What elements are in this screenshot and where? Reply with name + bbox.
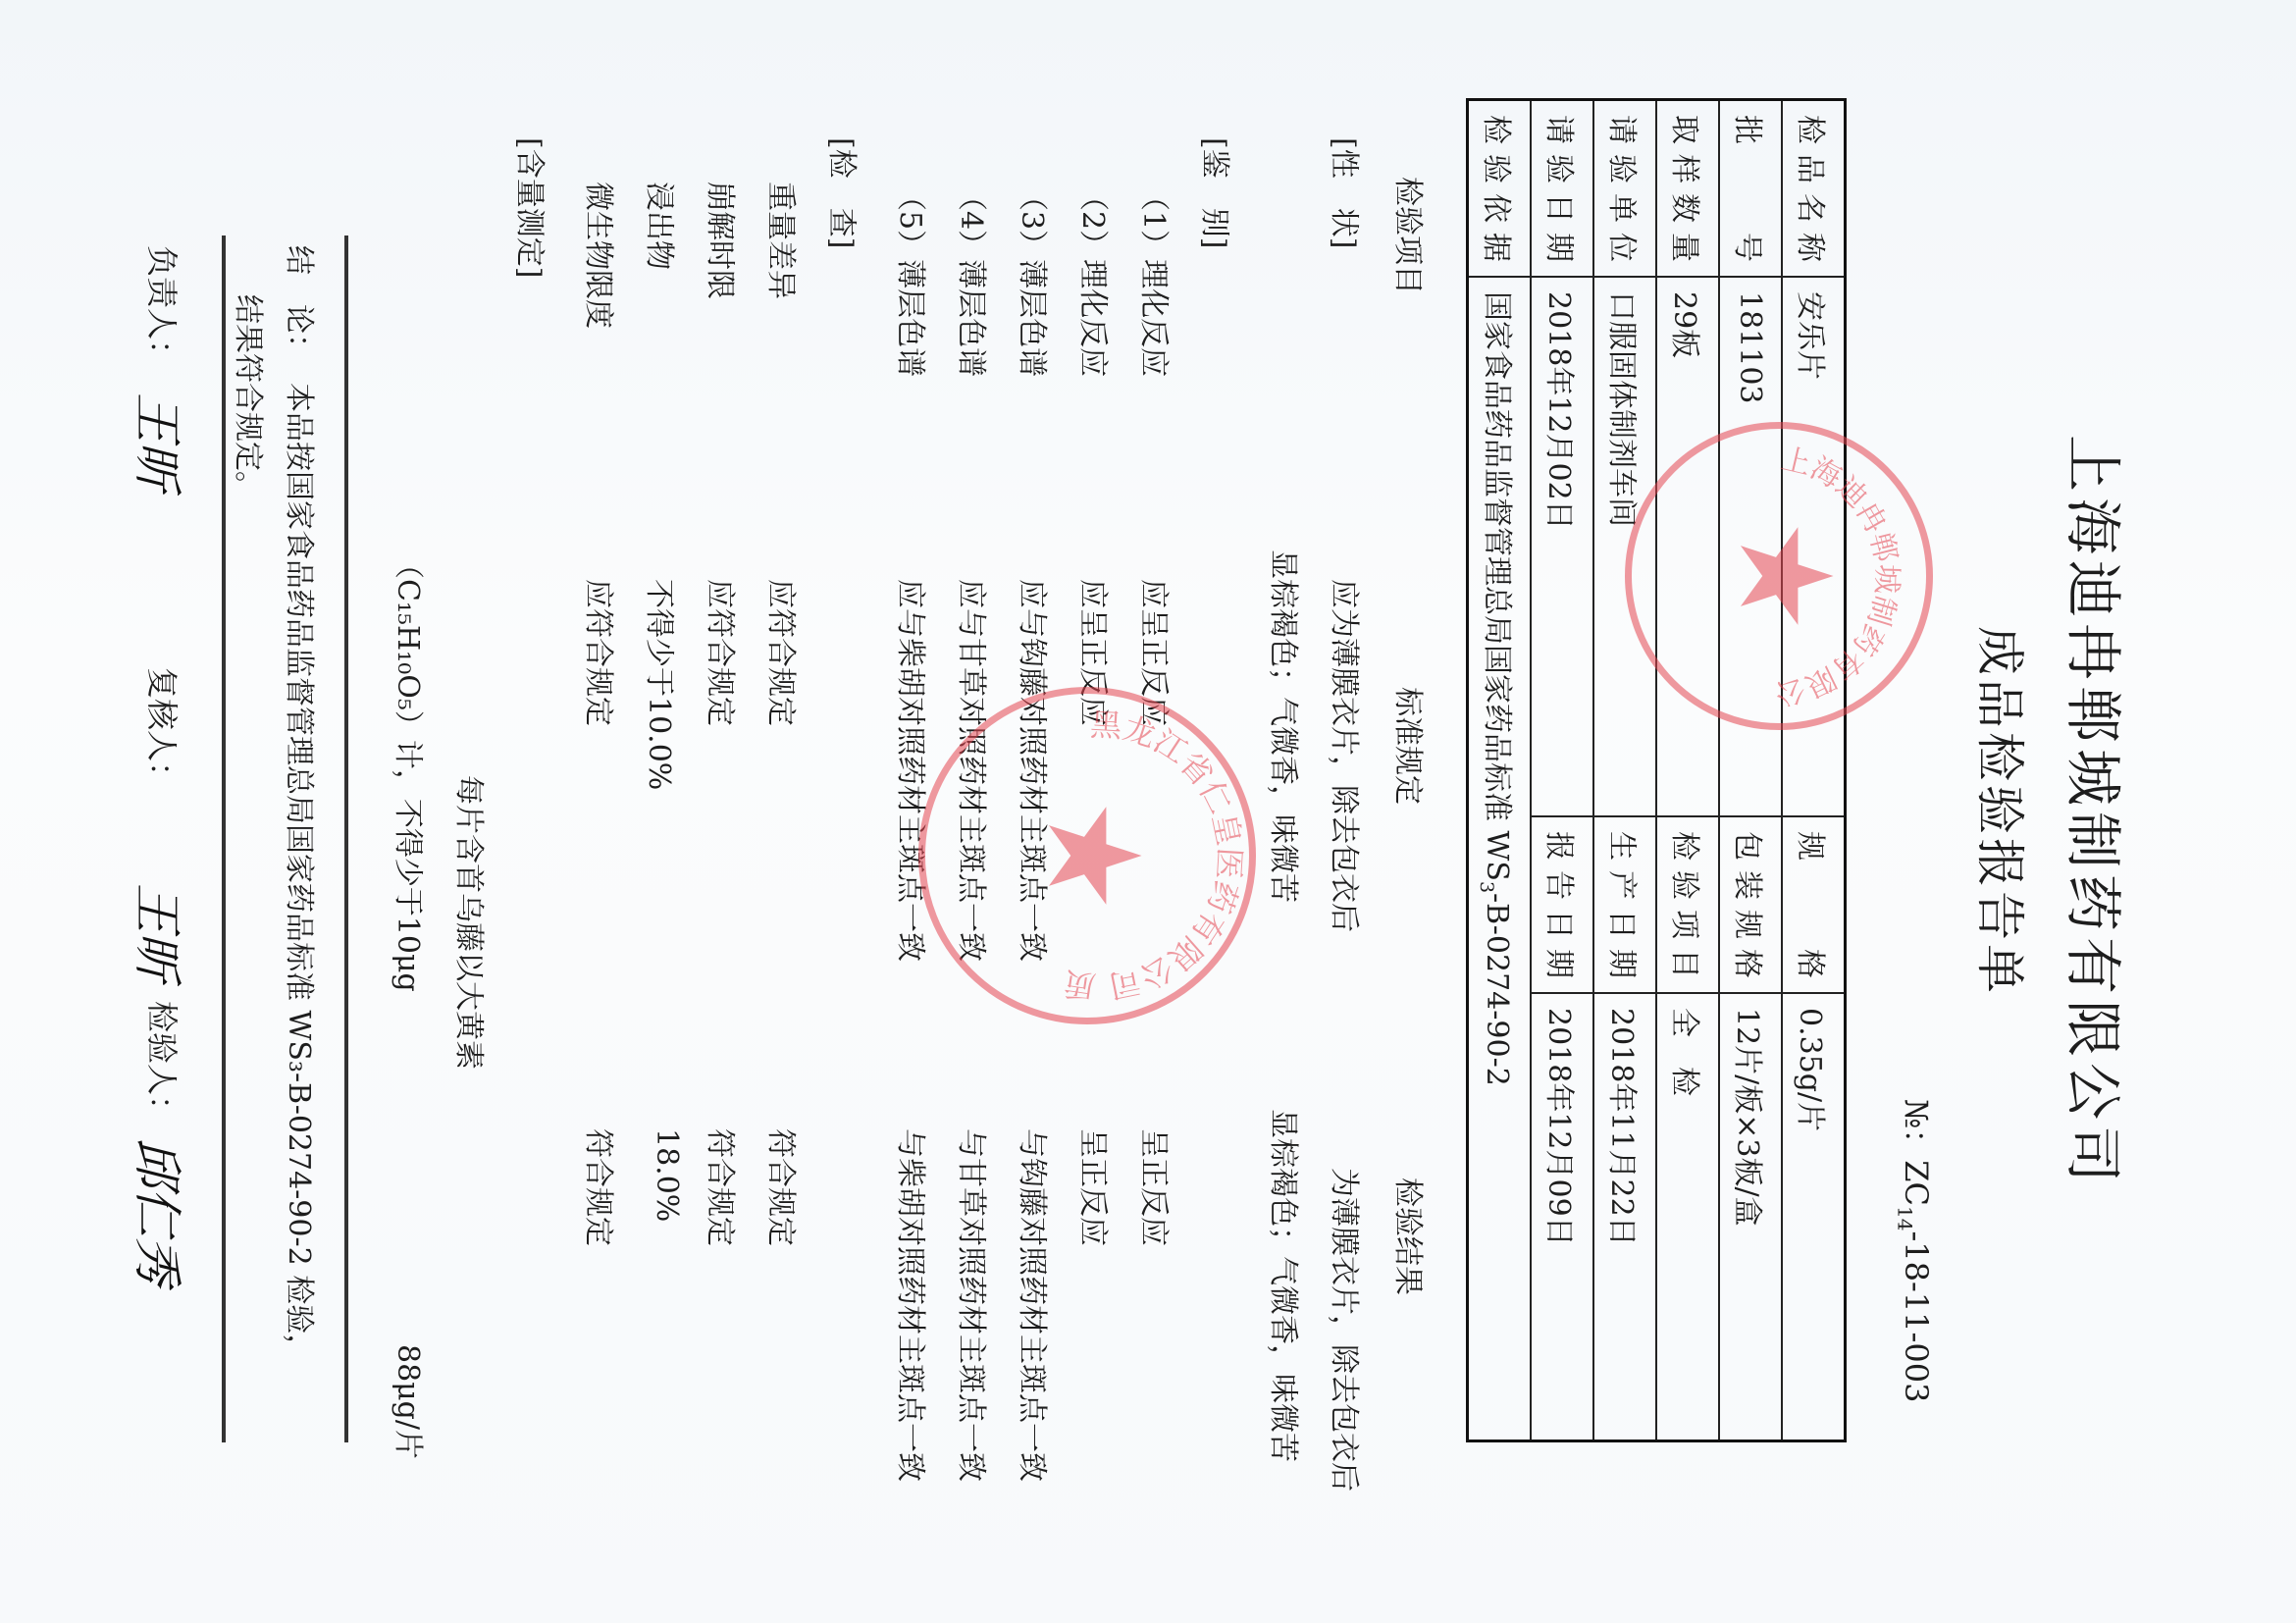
result-value: 呈正反应 [1074, 1128, 1118, 1246]
info-cell-value2: 12片/板×3板/盒 [1719, 993, 1782, 1441]
result-standard: 显棕褐色；气微香，味微苦 [1265, 550, 1308, 903]
section-title: [性 状] [1326, 137, 1369, 248]
result-item: 浸出物 [641, 182, 684, 270]
basis-sub: 3 [1477, 881, 1498, 893]
company-title: 上海迪冉郸城制药有限公司 [2057, 0, 2139, 1623]
result-item: （3）薄层色谱 [1014, 182, 1057, 377]
result-standard: 应为薄膜衣片，除去包衣后 [1326, 579, 1369, 932]
info-row-basis: 检验依据国家食品药品监督管理总局国家药品标准 WS3-B-0274-90-2 [1468, 100, 1532, 1441]
result-standard: 应符合规定 [702, 579, 745, 726]
info-cell-value: 2018年12月02日 [1531, 277, 1593, 816]
conclusion-label: 结 论： [281, 245, 324, 363]
company-inspection-stamp: 上海迪冉郸城制药有限公司 检验专用章 ★ [1625, 422, 1933, 730]
info-cell-label2: 生产日期 [1593, 816, 1656, 993]
info-cell-label: 检品名称 [1782, 100, 1846, 278]
inspector-signature: 邱仁秀 [126, 1138, 196, 1285]
result-value: 与柴胡对照药材主斑点一致 [892, 1128, 935, 1482]
divider-top [344, 236, 348, 1442]
info-row: 检品名称安乐片规 格0.35g/片 [1782, 100, 1846, 1441]
result-item: （1）理化反应 [1135, 182, 1178, 377]
col-header-result: 检验结果 [1389, 1178, 1433, 1295]
info-cell-value2: 0.35g/片 [1782, 993, 1846, 1441]
basis-code: -B-0274-90-2 [1481, 893, 1515, 1086]
report-number-suffix: -18-11-003 [1898, 1230, 1935, 1402]
result-value: 符合规定 [580, 1128, 623, 1246]
result-value: 符合规定 [762, 1128, 806, 1246]
info-cell-label: 批 号 [1719, 100, 1782, 278]
result-value: 显棕褐色；气微香，味微苦 [1265, 1109, 1308, 1462]
result-value: 与甘草对照药材主斑点一致 [953, 1128, 996, 1482]
responsible-signature: 王昕 [126, 393, 196, 491]
info-row: 取样数量29板检验项目全 检 [1656, 100, 1719, 1441]
info-cell-label: 请验单位 [1593, 100, 1656, 278]
responsible-label: 负责人： [141, 245, 186, 371]
result-standard: 不得少于10.0% [641, 579, 684, 790]
result-value: 呈正反应 [1135, 1128, 1178, 1246]
result-value: 为薄膜衣片，除去包衣后 [1326, 1168, 1369, 1492]
reviewer-signature: 王昕 [126, 883, 196, 981]
section-title: [含量测定] [511, 137, 554, 278]
info-cell-label2: 包装规格 [1719, 816, 1782, 993]
result-item: （4）薄层色谱 [953, 182, 996, 377]
report-number-prefix: ZC [1898, 1160, 1935, 1206]
info-cell-label2: 规 格 [1782, 816, 1846, 993]
result-item: 微生物限度 [580, 182, 623, 329]
result-standard: 应符合规定 [762, 579, 806, 726]
result-item: （5）薄层色谱 [892, 182, 935, 377]
section-title: [检 查] [823, 137, 866, 248]
result-value: 符合规定 [702, 1128, 745, 1246]
info-cell-label: 取样数量 [1656, 100, 1719, 278]
info-cell-value2: 全 检 [1656, 993, 1719, 1441]
basis-text: 国家食品药品监督管理总局国家药品标准 WS [1481, 291, 1515, 881]
info-row: 批 号181103包装规格12片/板×3板/盒 [1719, 100, 1782, 1441]
result-item: 崩解时限 [702, 182, 745, 299]
col-header-item: 检验项目 [1389, 177, 1433, 294]
report-page: 上海迪冉郸城制药有限公司 成品检验报告单 №：ZC14-18-11-003 检品… [0, 0, 2296, 1623]
info-cell-label: 请验日期 [1531, 100, 1593, 278]
qa-stamp: 黑龙江省仁皇医药有限公司 质量管理专用章 ★ [918, 687, 1256, 1024]
info-cell-value2: 2018年12月09日 [1531, 993, 1593, 1441]
result-item: 重量差异 [762, 182, 806, 299]
conclusion-line2: 结果符合规定。 [230, 294, 273, 500]
info-cell-label2: 检验项目 [1656, 816, 1719, 993]
inspector-label: 检验人： [141, 1001, 186, 1126]
info-row: 请验单位口服固体制剂车间生产日期2018年11月22日 [1593, 100, 1656, 1441]
result-value: 与钩藤对照药材主斑点一致 [1014, 1128, 1057, 1482]
result-item: （2）理化反应 [1074, 182, 1118, 377]
result-standard: （C₁₅H₁₀O₅）计，不得少于10μg [390, 550, 433, 992]
report-number: №：ZC14-18-11-003 [1894, 1099, 1941, 1402]
divider-bottom [222, 236, 226, 1442]
info-cell-value2: 2018年11月22日 [1593, 993, 1656, 1441]
report-number-sub: 14 [1894, 1206, 1917, 1230]
info-cell-basis-value: 国家食品药品监督管理总局国家药品标准 WS3-B-0274-90-2 [1468, 277, 1532, 1441]
result-value: 18.0% [650, 1128, 684, 1222]
result-standard: 应符合规定 [580, 579, 623, 726]
star-icon: ★ [1030, 799, 1158, 914]
info-cell-label2: 报告日期 [1531, 816, 1593, 993]
info-row: 请验日期2018年12月02日报告日期2018年12月09日 [1531, 100, 1593, 1441]
report-number-label: №： [1898, 1099, 1935, 1160]
col-header-standard: 标准规定 [1389, 687, 1433, 805]
star-icon: ★ [1722, 519, 1850, 634]
result-standard: 每片含首乌藤以大黄素 [450, 775, 494, 1070]
reviewer-label: 复核人： [141, 667, 186, 793]
info-cell-basis-label: 检验依据 [1468, 100, 1532, 278]
conclusion-line1: 本品按国家食品药品监督管理总局国家药品标准 WS₃-B-0274-90-2 检验… [281, 383, 324, 1363]
result-value: 88μg/片 [390, 1344, 433, 1459]
section-title: [鉴 别] [1196, 137, 1239, 248]
report-title: 成品检验报告单 [1968, 0, 2039, 1623]
info-table: 检品名称安乐片规 格0.35g/片批 号181103包装规格12片/板×3板/盒… [1466, 98, 1847, 1442]
